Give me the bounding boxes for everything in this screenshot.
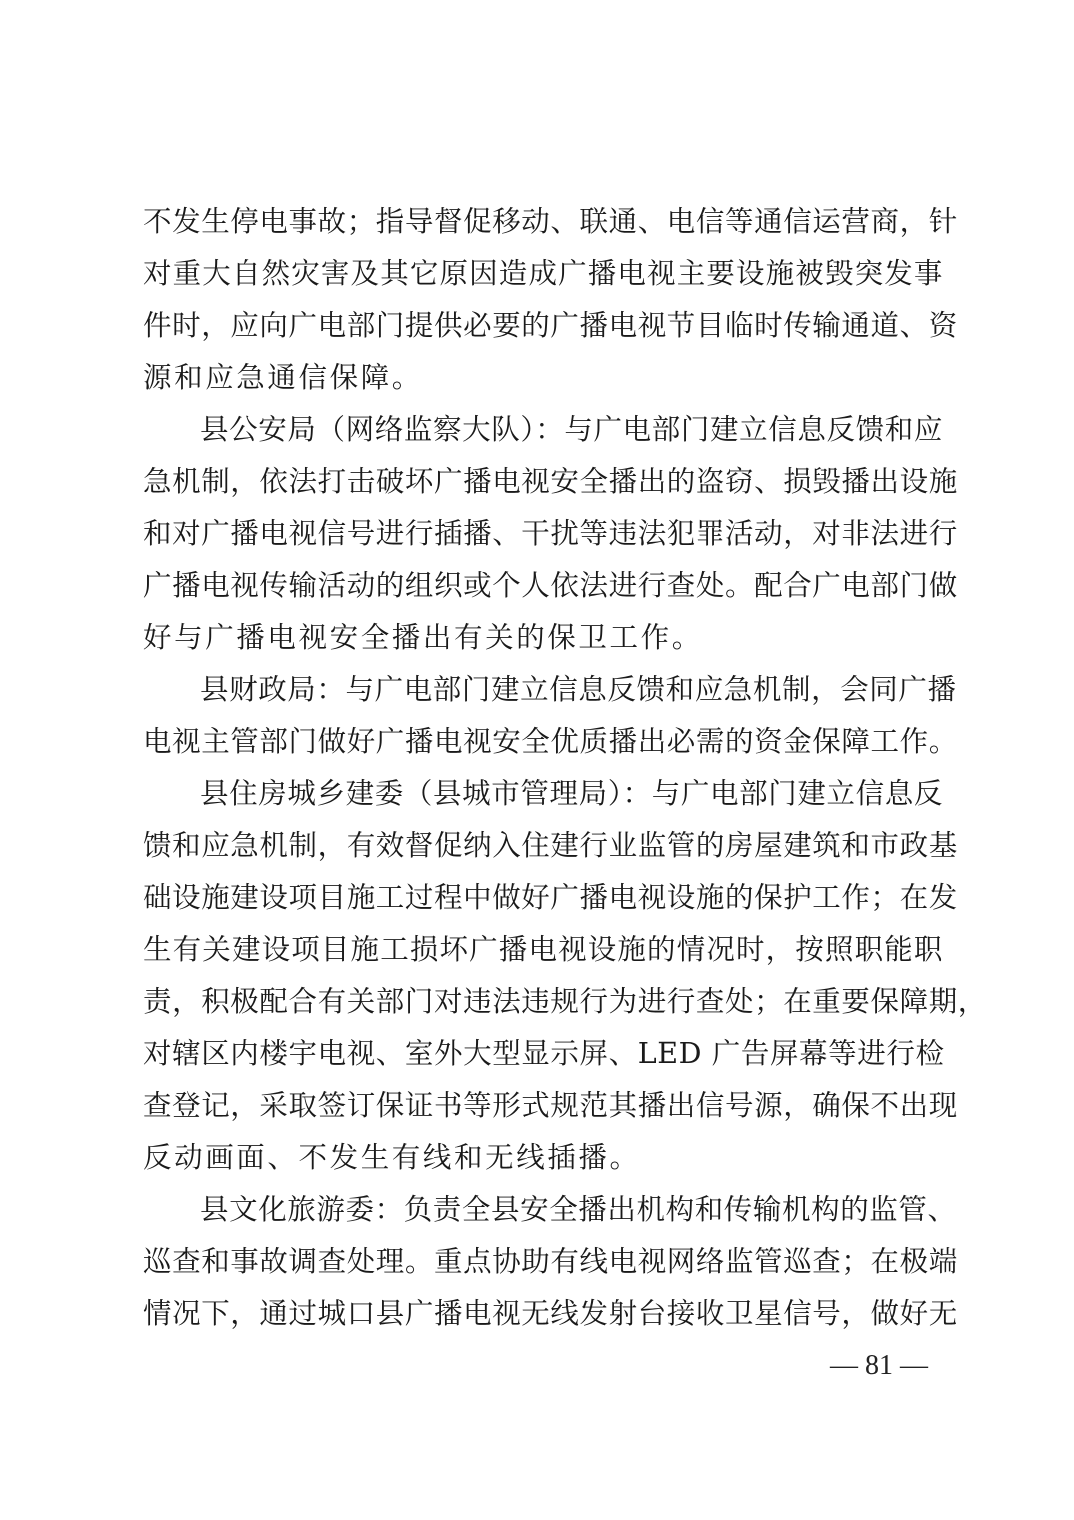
paragraph-first-line: 县住房城乡建委（县城市管理局）：与广电部门建立信息反 xyxy=(200,774,943,814)
text-line: 情况下，通过城口县广播电视无线发射台接收卫星信号，做好无 xyxy=(143,1294,943,1334)
document-page: 不发生停电事故；指导督促移动、联通、电信等通信运营商，针 对重大自然灾害及其它原… xyxy=(0,0,1074,1520)
text-line: 巡查和事故调查处理。重点协助有线电视网络监管巡查；在极端 xyxy=(143,1242,943,1282)
paragraph-first-line: 县财政局：与广电部门建立信息反馈和应急机制，会同广播 xyxy=(200,670,943,710)
text-line: 础设施建设项目施工过程中做好广播电视设施的保护工作；在发 xyxy=(143,878,943,918)
text-line: 好与广播电视安全播出有关的保卫工作。 xyxy=(143,618,943,658)
text-line: 生有关建设项目施工损坏广播电视设施的情况时，按照职能职 xyxy=(143,930,943,970)
text-line: 电视主管部门做好广播电视安全优质播出必需的资金保障工作。 xyxy=(143,722,943,762)
text-line: 广播电视传输活动的组织或个人依法进行查处。配合广电部门做 xyxy=(143,566,943,606)
text-line: 件时，应向广电部门提供必要的广播电视节目临时传输通道、资 xyxy=(143,306,943,346)
text-line: 馈和应急机制，有效督促纳入住建行业监管的房屋建筑和市政基 xyxy=(143,826,943,866)
text-line: 查登记，采取签订保证书等形式规范其播出信号源，确保不出现 xyxy=(143,1086,943,1126)
text-line: 反动画面、不发生有线和无线插播。 xyxy=(143,1138,943,1178)
page-number: — 81 — xyxy=(830,1346,950,1386)
text-line: 责，积极配合有关部门对违法违规行为进行查处；在重要保障期， xyxy=(143,982,943,1022)
paragraph-first-line: 县公安局（网络监察大队）：与广电部门建立信息反馈和应 xyxy=(200,410,943,450)
text-line: 对辖区内楼宇电视、室外大型显示屏、LED 广告屏幕等进行检 xyxy=(143,1034,943,1074)
text-line: 源和应急通信保障。 xyxy=(143,358,943,398)
text-line: 和对广播电视信号进行插播、干扰等违法犯罪活动，对非法进行 xyxy=(143,514,943,554)
text-line: 对重大自然灾害及其它原因造成广播电视主要设施被毁突发事 xyxy=(143,254,943,294)
text-line: 不发生停电事故；指导督促移动、联通、电信等通信运营商，针 xyxy=(143,202,943,242)
text-line: 急机制，依法打击破坏广播电视安全播出的盗窃、损毁播出设施 xyxy=(143,462,943,502)
paragraph-first-line: 县文化旅游委：负责全县安全播出机构和传输机构的监管、 xyxy=(200,1190,943,1230)
